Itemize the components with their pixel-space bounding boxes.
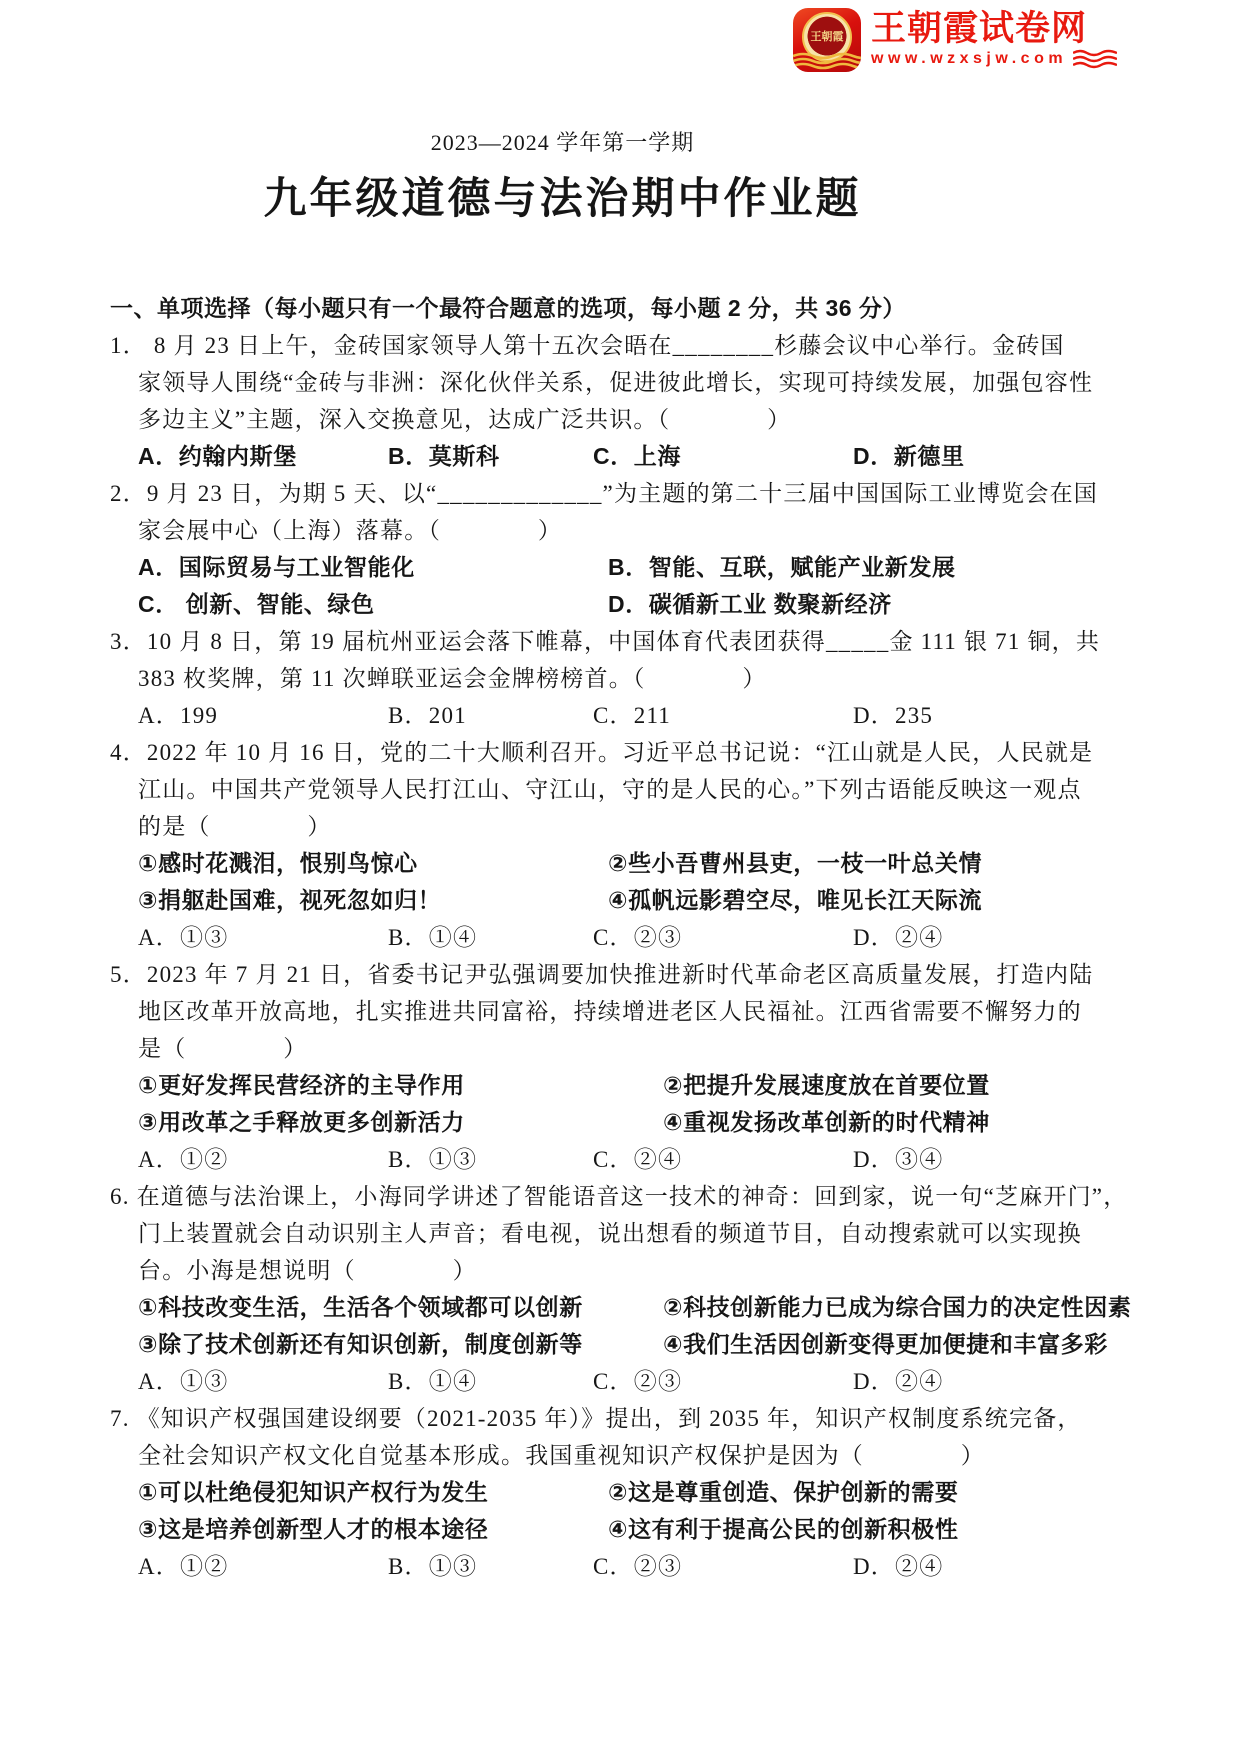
option-cell: D．②④: [853, 1548, 1138, 1585]
stem-line: 门上装置就会自动识别主人声音；看电视，说出想看的频道节目，自动搜索就可以实现换: [138, 1215, 1138, 1252]
exam-content: 一、单项选择（每小题只有一个最符合题意的选项，每小题 2 分，共 36 分） 1…: [110, 290, 1138, 1585]
stem-line: 的是（ ）: [138, 808, 1138, 845]
question-5: 5．2023 年 7 月 21 日，省委书记尹弘强调要加快推进新时代革命老区高质…: [110, 956, 1138, 1178]
header-block: 2023—2024 学年第一学期 九年级道德与法治期中作业题: [0, 126, 1125, 226]
site-name: 王朝霞试卷网: [871, 10, 1117, 48]
item-cell: ②把提升发展速度放在首要位置: [663, 1067, 1138, 1104]
stem-line: 全社会知识产权文化自觉基本形成。我国重视知识产权保护是因为（ ）: [138, 1437, 1138, 1474]
items-row: ①科技改变生活，生活各个领域都可以创新②科技创新能力已成为综合国力的决定性因素: [138, 1289, 1138, 1326]
stem-line: 江山。中国共产党领导人民打江山、守江山，守的是人民的心。”下列古语能反映这一观点: [138, 771, 1138, 808]
stem-line: 多边主义”主题，深入交换意见，达成广泛共识。（ ）: [138, 401, 1138, 438]
item-cell: ②些小吾曹州县吏，一枝一叶总关情: [608, 845, 1138, 882]
option-cell: B．201: [388, 697, 593, 734]
stem-line: 是（ ）: [138, 1030, 1138, 1067]
option-cell: B．①③: [388, 1548, 593, 1585]
questions: 1． 8 月 23 日上午，金砖国家领导人第十五次会晤在________杉藤会议…: [110, 327, 1138, 1585]
option-cell: C．②③: [593, 1363, 853, 1400]
items-row: ①感时花溅泪，恨别鸟惊心②些小吾曹州县吏，一枝一叶总关情: [138, 845, 1138, 882]
question-4: 4．2022 年 10 月 16 日，党的二十大顺利召开。习近平总书记说：“江山…: [110, 734, 1138, 956]
site-url: www.wzxsjw.com: [871, 50, 1067, 68]
item-cell: ④我们生活因创新变得更加便捷和丰富多彩: [663, 1326, 1138, 1363]
stem-line: 6. 在道德与法治课上，小海同学讲述了智能语音这一技术的神奇：回到家，说一句“芝…: [110, 1178, 1138, 1215]
stem-line: 台。小海是想说明（ ）: [138, 1252, 1138, 1289]
option-cell: A．199: [138, 697, 388, 734]
item-cell: ④重视发扬改革创新的时代精神: [663, 1104, 1138, 1141]
item-cell: D．碳循新工业 数聚新经济: [608, 586, 1138, 623]
option-cell: B．①④: [388, 919, 593, 956]
stem-line: 1． 8 月 23 日上午，金砖国家领导人第十五次会晤在________杉藤会议…: [110, 327, 1138, 364]
seal-text: 王朝霞: [811, 32, 844, 43]
item-cell: C． 创新、智能、绿色: [138, 586, 608, 623]
option-cell: A．①③: [138, 919, 388, 956]
question-3: 3．10 月 8 日，第 19 届杭州亚运会落下帷幕，中国体育代表团获得____…: [110, 623, 1138, 734]
items-row: ③用改革之手释放更多创新活力④重视发扬改革创新的时代精神: [138, 1104, 1138, 1141]
exam-paper-page: 王朝霞 王朝霞试卷网 www.wzxsjw.com 2023—2024 学年第一…: [0, 0, 1239, 1752]
stem-line: 5．2023 年 7 月 21 日，省委书记尹弘强调要加快推进新时代革命老区高质…: [110, 956, 1138, 993]
item-cell: ④这有利于提高公民的创新积极性: [608, 1511, 1138, 1548]
items-row: C． 创新、智能、绿色D．碳循新工业 数聚新经济: [138, 586, 1138, 623]
item-cell: ①科技改变生活，生活各个领域都可以创新: [138, 1289, 663, 1326]
option-cell: C．②④: [593, 1141, 853, 1178]
item-cell: ①可以杜绝侵犯知识产权行为发生: [138, 1474, 608, 1511]
items-row: ①可以杜绝侵犯知识产权行为发生②这是尊重创造、保护创新的需要: [138, 1474, 1138, 1511]
option-cell: D．②④: [853, 919, 1138, 956]
items-row: ①更好发挥民营经济的主导作用②把提升发展速度放在首要位置: [138, 1067, 1138, 1104]
page-title: 九年级道德与法治期中作业题: [0, 165, 1125, 226]
term-line: 2023—2024 学年第一学期: [0, 126, 1125, 157]
options-row: A．①③B．①④C．②③D．②④: [138, 1363, 1138, 1400]
option-cell: B．①③: [388, 1141, 593, 1178]
question-7: 7. 《知识产权强国建设纲要（2021-2035 年）》提出，到 2035 年，…: [110, 1400, 1138, 1585]
item-cell: ③用改革之手释放更多创新活力: [138, 1104, 663, 1141]
section-heading: 一、单项选择（每小题只有一个最符合题意的选项，每小题 2 分，共 36 分）: [110, 290, 1138, 327]
item-cell: A．国际贸易与工业智能化: [138, 549, 608, 586]
wzx-app-icon: 王朝霞: [793, 8, 861, 72]
stem-line: 3．10 月 8 日，第 19 届杭州亚运会落下帷幕，中国体育代表团获得____…: [110, 623, 1138, 660]
item-cell: ③捐躯赴国难，视死忽如归！: [138, 882, 608, 919]
items-row: A．国际贸易与工业智能化B．智能、互联，赋能产业新发展: [138, 549, 1138, 586]
item-cell: B．智能、互联，赋能产业新发展: [608, 549, 1138, 586]
question-6: 6. 在道德与法治课上，小海同学讲述了智能语音这一技术的神奇：回到家，说一句“芝…: [110, 1178, 1138, 1400]
stem-line: 家领导人围绕“金砖与非洲：深化伙伴关系，促进彼此增长，实现可持续发展，加强包容性: [138, 364, 1138, 401]
items-row: ③捐躯赴国难，视死忽如归！④孤帆远影碧空尽，唯见长江天际流: [138, 882, 1138, 919]
option-cell: C．上海: [593, 438, 853, 475]
item-cell: ③除了技术创新还有知识创新，制度创新等: [138, 1326, 663, 1363]
option-cell: D．235: [853, 697, 1138, 734]
option-cell: D．②④: [853, 1363, 1138, 1400]
items-row: ③这是培养创新型人才的根本途径④这有利于提高公民的创新积极性: [138, 1511, 1138, 1548]
stem-line: 家会展中心（上海）落幕。（ ）: [138, 512, 1138, 549]
stem-line: 383 枚奖牌，第 11 次蝉联亚运会金牌榜榜首。（ ）: [138, 660, 1138, 697]
option-cell: B．莫斯科: [388, 438, 593, 475]
option-cell: A．约翰内斯堡: [138, 438, 388, 475]
question-1: 1． 8 月 23 日上午，金砖国家领导人第十五次会晤在________杉藤会议…: [110, 327, 1138, 475]
option-cell: A．①②: [138, 1548, 388, 1585]
stem-line: 4．2022 年 10 月 16 日，党的二十大顺利召开。习近平总书记说：“江山…: [110, 734, 1138, 771]
logo-text-block: 王朝霞试卷网 www.wzxsjw.com: [871, 8, 1117, 69]
options-row: A．①②B．①③C．②④D．③④: [138, 1141, 1138, 1178]
ribbon-waves-icon: [793, 52, 861, 70]
options-row: A．①②B．①③C．②③D．②④: [138, 1548, 1138, 1585]
item-cell: ②科技创新能力已成为综合国力的决定性因素: [663, 1289, 1138, 1326]
question-2: 2．9 月 23 日，为期 5 天、以“_____________”为主题的第二…: [110, 475, 1138, 623]
option-cell: D．新德里: [853, 438, 1138, 475]
option-cell: B．①④: [388, 1363, 593, 1400]
options-row: A．①③B．①④C．②③D．②④: [138, 919, 1138, 956]
watermark-logo: 王朝霞 王朝霞试卷网 www.wzxsjw.com: [793, 8, 1117, 72]
item-cell: ③这是培养创新型人才的根本途径: [138, 1511, 608, 1548]
stem-line: 7. 《知识产权强国建设纲要（2021-2035 年）》提出，到 2035 年，…: [110, 1400, 1138, 1437]
options-row: A．约翰内斯堡B．莫斯科C．上海D．新德里: [138, 438, 1138, 475]
item-cell: ②这是尊重创造、保护创新的需要: [608, 1474, 1138, 1511]
option-cell: C．②③: [593, 919, 853, 956]
option-cell: A．①③: [138, 1363, 388, 1400]
option-cell: D．③④: [853, 1141, 1138, 1178]
wave-decoration-icon: [1073, 49, 1117, 69]
item-cell: ④孤帆远影碧空尽，唯见长江天际流: [608, 882, 1138, 919]
options-row: A．199B．201C．211D．235: [138, 697, 1138, 734]
item-cell: ①更好发挥民营经济的主导作用: [138, 1067, 663, 1104]
stem-line: 2．9 月 23 日，为期 5 天、以“_____________”为主题的第二…: [110, 475, 1138, 512]
items-row: ③除了技术创新还有知识创新，制度创新等④我们生活因创新变得更加便捷和丰富多彩: [138, 1326, 1138, 1363]
option-cell: C．211: [593, 697, 853, 734]
option-cell: A．①②: [138, 1141, 388, 1178]
item-cell: ①感时花溅泪，恨别鸟惊心: [138, 845, 608, 882]
option-cell: C．②③: [593, 1548, 853, 1585]
stem-line: 地区改革开放高地，扎实推进共同富裕，持续增进老区人民福祉。江西省需要不懈努力的: [138, 993, 1138, 1030]
